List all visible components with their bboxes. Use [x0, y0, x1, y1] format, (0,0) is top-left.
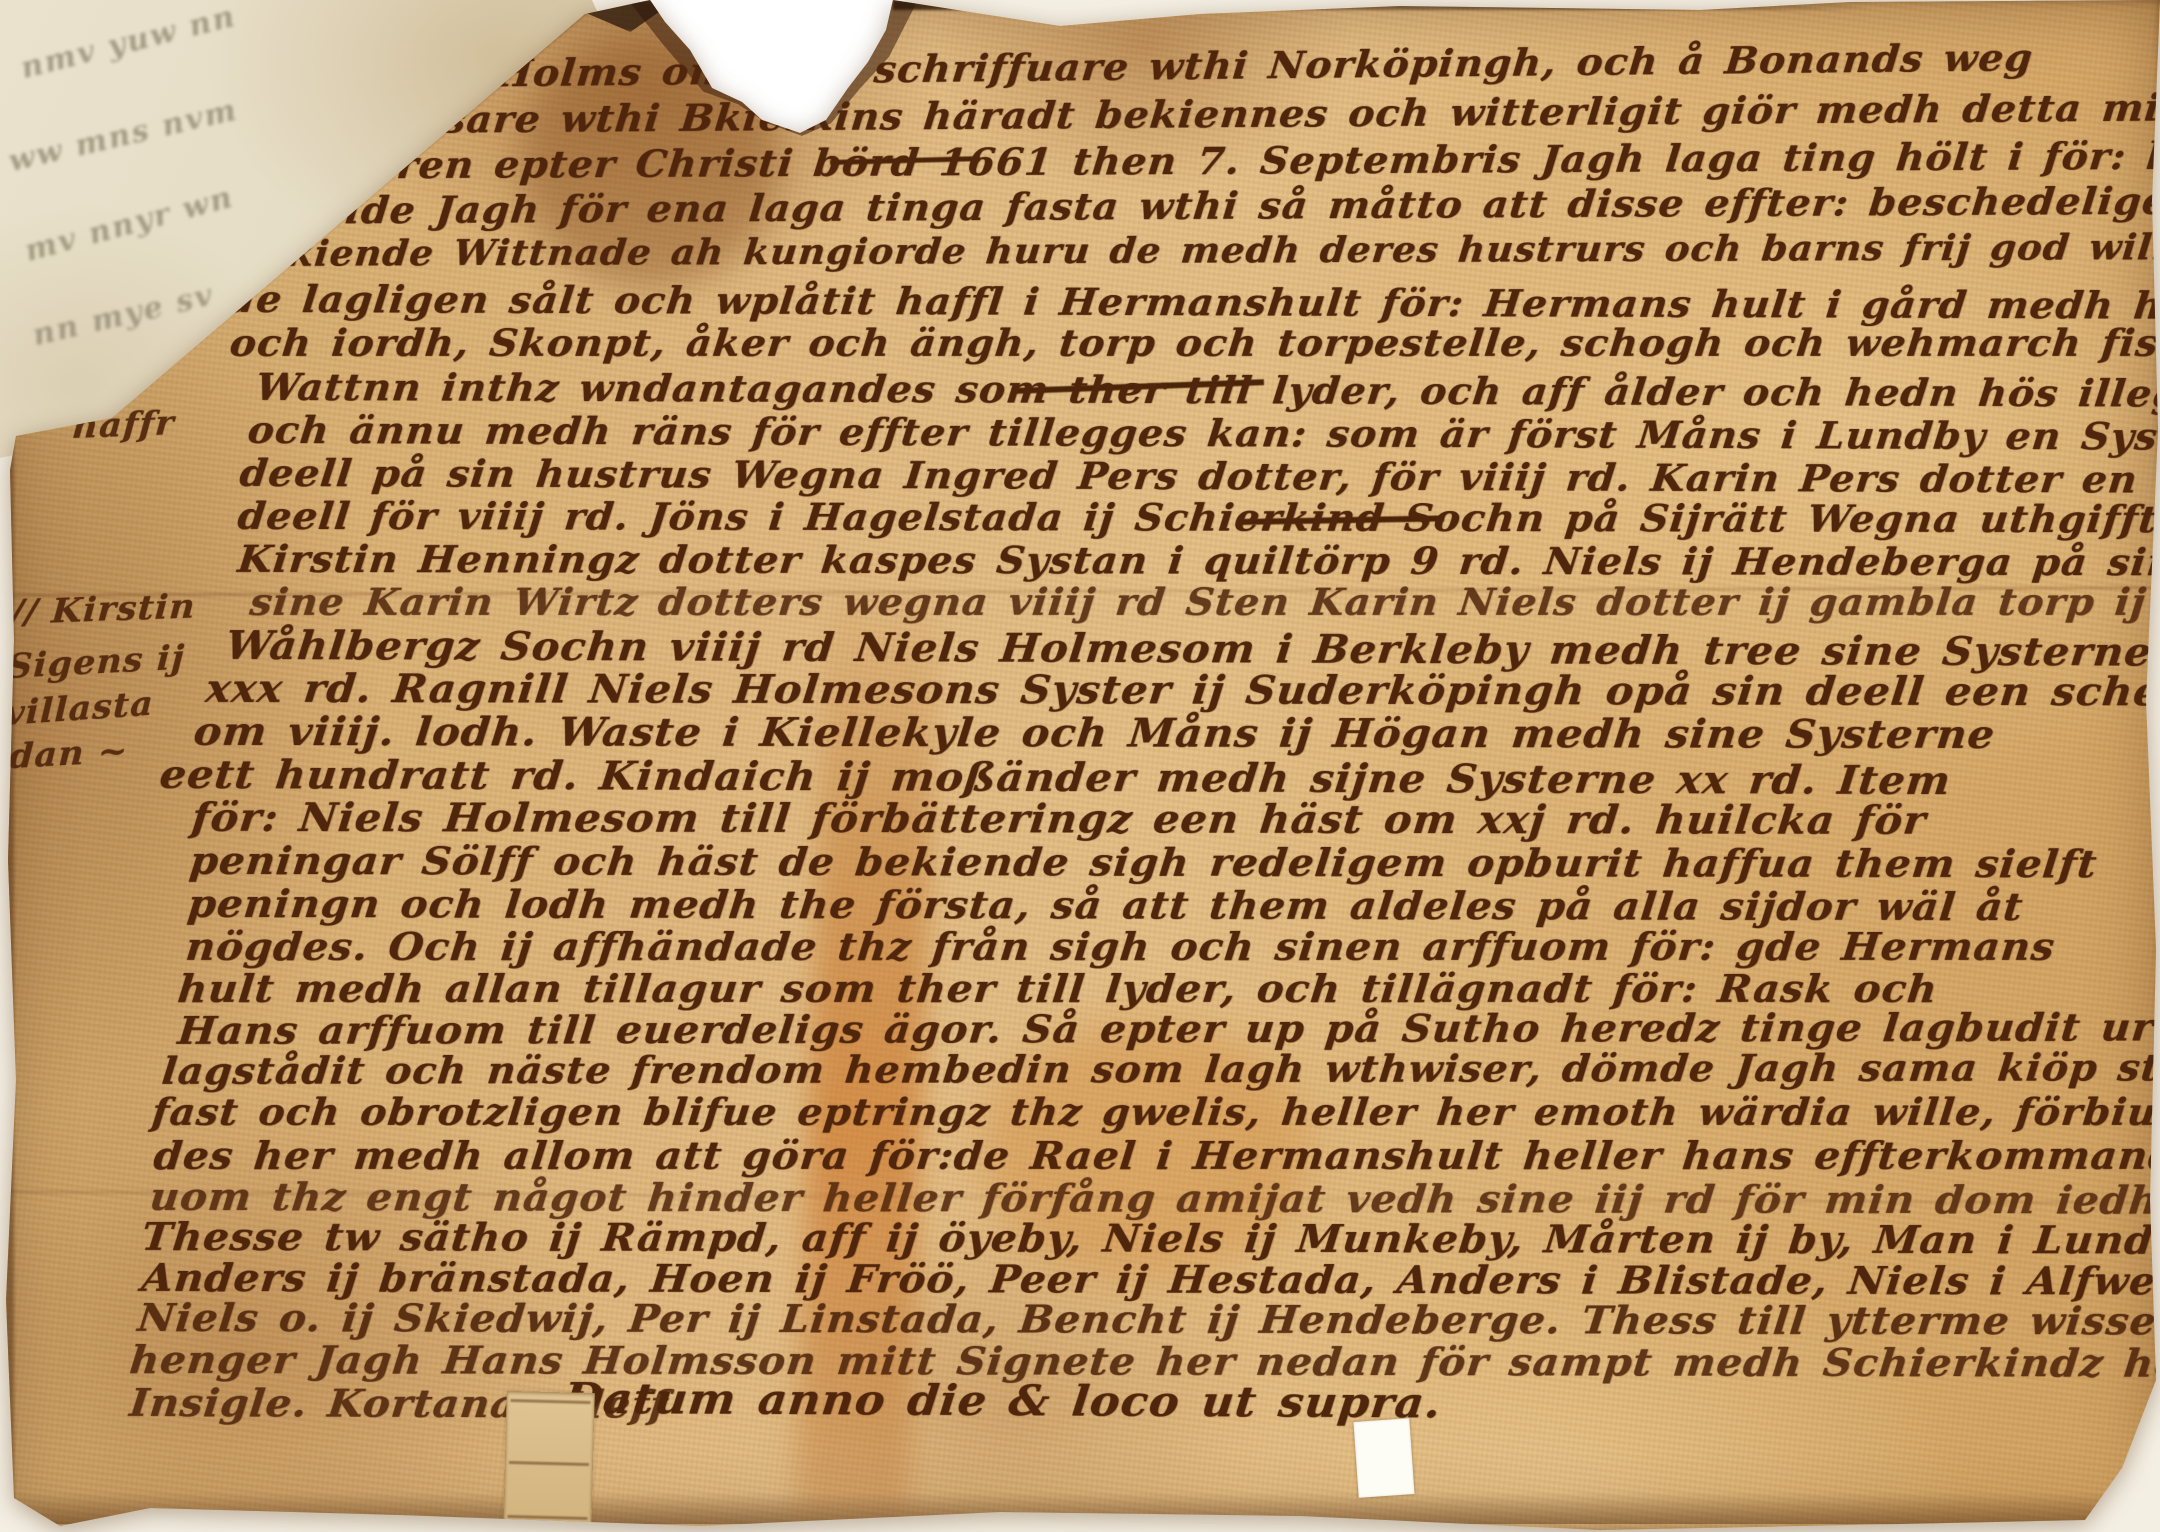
manuscript-line: Thesse tw sätho ij Rämpd, aff ij öyeby, … [140, 1218, 2160, 1260]
tape-crease-line [507, 1515, 588, 1520]
manuscript-line: des her medh allom att göra för:de Rael … [152, 1137, 2160, 1175]
manuscript-line: peningar Sölff och häst de bekiende sigh… [188, 842, 2099, 883]
manuscript-line: nögdes. Och ij affhändade thz från sigh … [184, 928, 2057, 966]
manuscript-line: Anders ij bränstada, Hoen ij Fröö, Peer … [140, 1259, 2160, 1301]
manuscript-line: Wattnn inthz wndantagandes som ther till… [254, 369, 2160, 413]
parchment-sheet: J agh Hans Holms on nedij schriffuare wt… [0, 0, 2160, 1532]
manuscript-line: bewilde Jagh för ena laga tinga fasta wt… [238, 182, 2160, 230]
manuscript-line: sine Karin Wirtz dotters wegna viiij rd … [248, 584, 2148, 621]
margin-note: Sigens ij [6, 641, 186, 683]
manuscript-line: att åhren epter Christi börd 1661 then 7… [254, 137, 2160, 185]
manuscript-line: peningn och lodh medh the första, så att… [186, 885, 2025, 926]
manuscript-text: agh Hans Holms on nedij schriffuare wthi… [0, 0, 2160, 1532]
manuscript-line: deell för viiij rd. Jöns i Hagelstada ij… [236, 498, 2160, 538]
manuscript-line: Hans arffuom till euerdeligs ägor. Så ep… [176, 1009, 2156, 1050]
manuscript-line: fast och obrotzligen blifue eptringz thz… [150, 1094, 2160, 1131]
manuscript-line: deell på sin hustrus Wegna Ingred Pers d… [238, 455, 2160, 499]
manuscript-line: na lagläsare wthi Bkierkins häradt bekie… [252, 88, 2160, 140]
manuscript-line: och ännu medh räns för effter tillegges … [246, 412, 2160, 456]
manuscript-line: hult medh allan tillagur som ther till l… [176, 970, 1940, 1008]
manuscript-line: för: Niels Holmesom till förbätteringz e… [190, 799, 1928, 841]
tape-fragment-tan [503, 1391, 595, 1531]
white-paper-patch [1353, 1418, 1414, 1498]
manuscript-line: de lagligen sålt och wplåtit haffl i Her… [226, 281, 2160, 325]
margin-note: dan ~ [8, 734, 129, 773]
tape-crease-line [508, 1461, 589, 1466]
tape-crease-line [510, 1399, 591, 1404]
manuscript-line: xxx rd. Ragnill Niels Holmesons Syster i… [204, 670, 2160, 713]
initial-capital: J [137, 34, 302, 301]
manuscript-line: och iordh, Skonpt, åker och ängh, torp o… [228, 325, 2160, 362]
margin-note: ffrie [85, 280, 175, 321]
parchment-wrap: J agh Hans Holms on nedij schriffuare wt… [0, 0, 2160, 1532]
manuscript-line: Kirstin Henningz dotter kaspes Systan i … [236, 541, 2160, 582]
manuscript-line: bekiende Wittnade ah kungiorde huru de m… [234, 229, 2160, 272]
manuscript-photo: nmv yuw nnww mns nvmmv nnyr wnnn mye sv … [0, 0, 2160, 1532]
manuscript-line: uom thz engt något hinder heller förfång… [148, 1178, 2160, 1220]
manuscript-line: om viiij. lodh. Waste i Kiellekyle och M… [192, 713, 1997, 755]
margin-note: // Kirstin [10, 590, 197, 630]
margin-note: villasta [4, 687, 155, 731]
margin-note: haffr [72, 406, 176, 443]
manuscript-line: Niels o. ij Skiedwij, Per ij Linstada, B… [136, 1299, 2159, 1341]
manuscript-line: lagstådit och näste frendom hembedin som… [160, 1049, 2160, 1090]
manuscript-line: Datum anno die & loco ut supra. [561, 1378, 1443, 1425]
manuscript-line: agh Hans Holms on nedij schriffuare wthi… [251, 39, 2034, 95]
